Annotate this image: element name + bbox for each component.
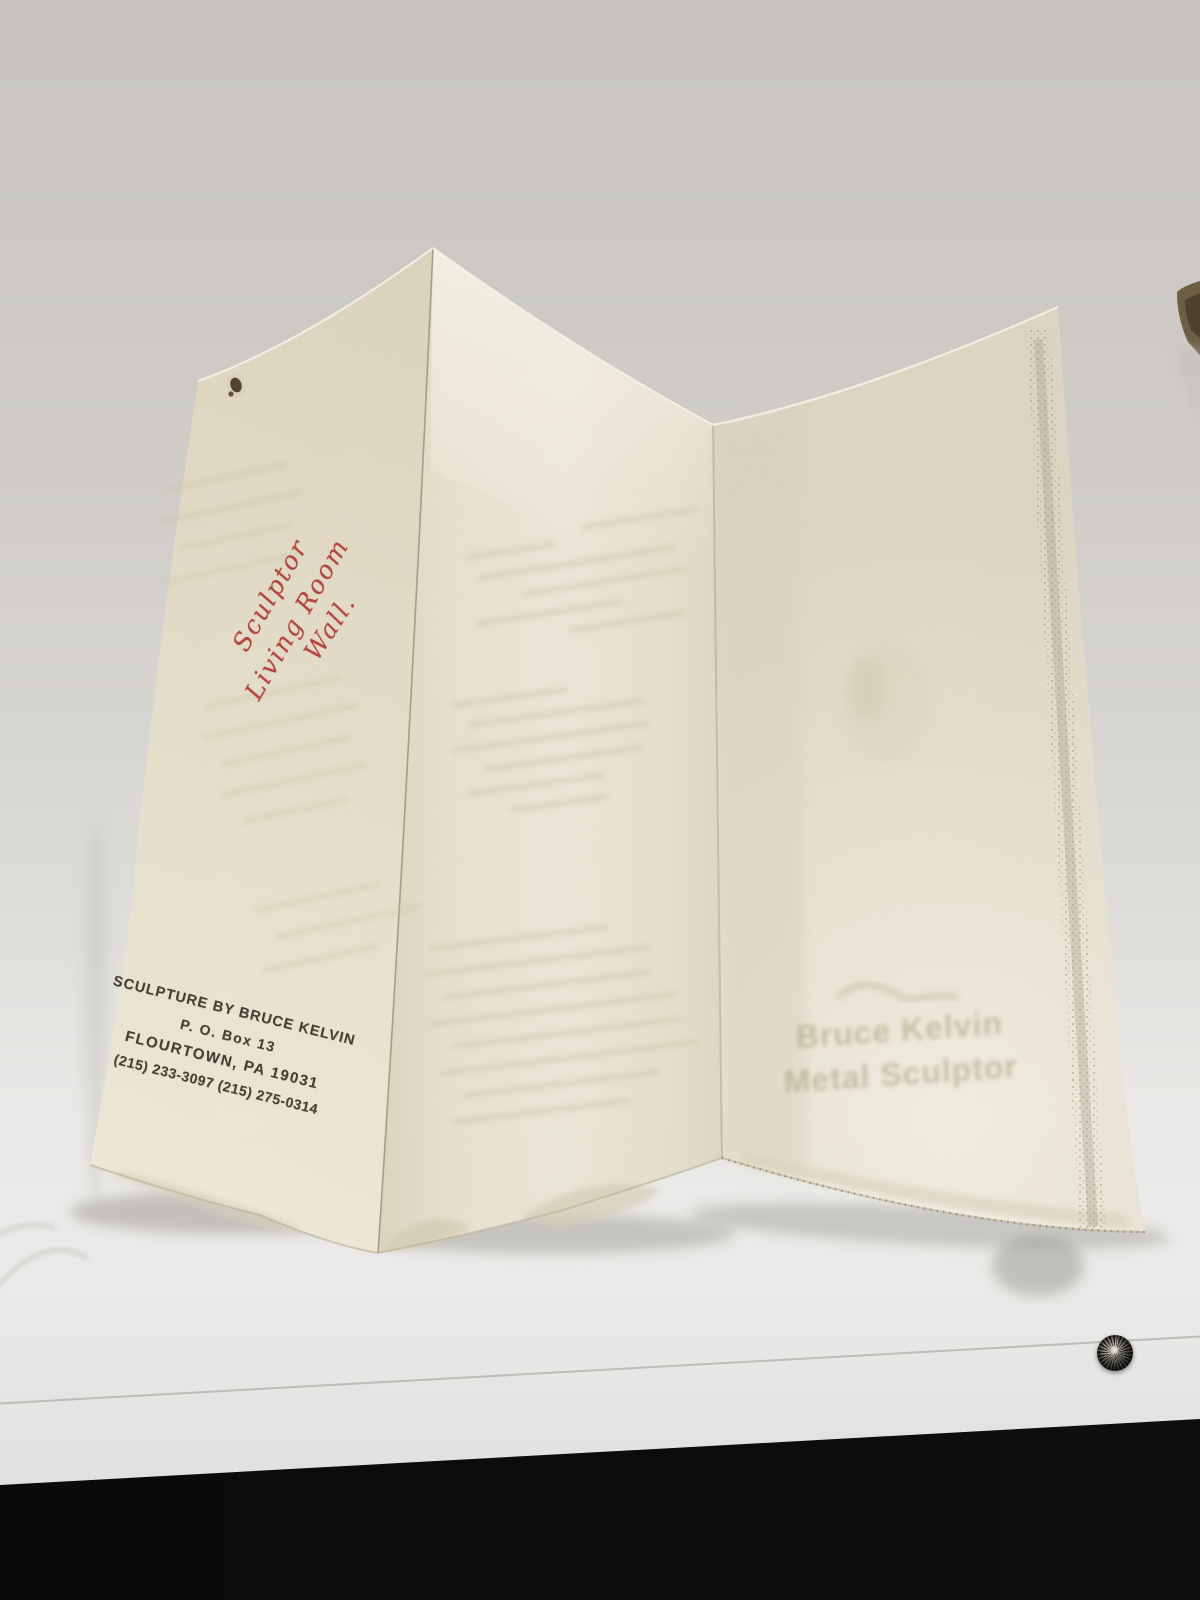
brochure-photo-artwork bbox=[0, 0, 1200, 1600]
photo-scene: Sculptor Living Room Wall. SCULPTURE BY … bbox=[0, 0, 1200, 1600]
wall-edge-object bbox=[1174, 281, 1200, 430]
table-scuff-marks bbox=[0, 1225, 88, 1302]
paper-grain bbox=[60, 230, 1170, 1270]
show-through-title: Bruce Kelvin Metal Sculptor bbox=[764, 999, 1036, 1106]
table-seam-line bbox=[0, 1336, 1200, 1404]
metal-knob bbox=[1097, 1335, 1133, 1371]
